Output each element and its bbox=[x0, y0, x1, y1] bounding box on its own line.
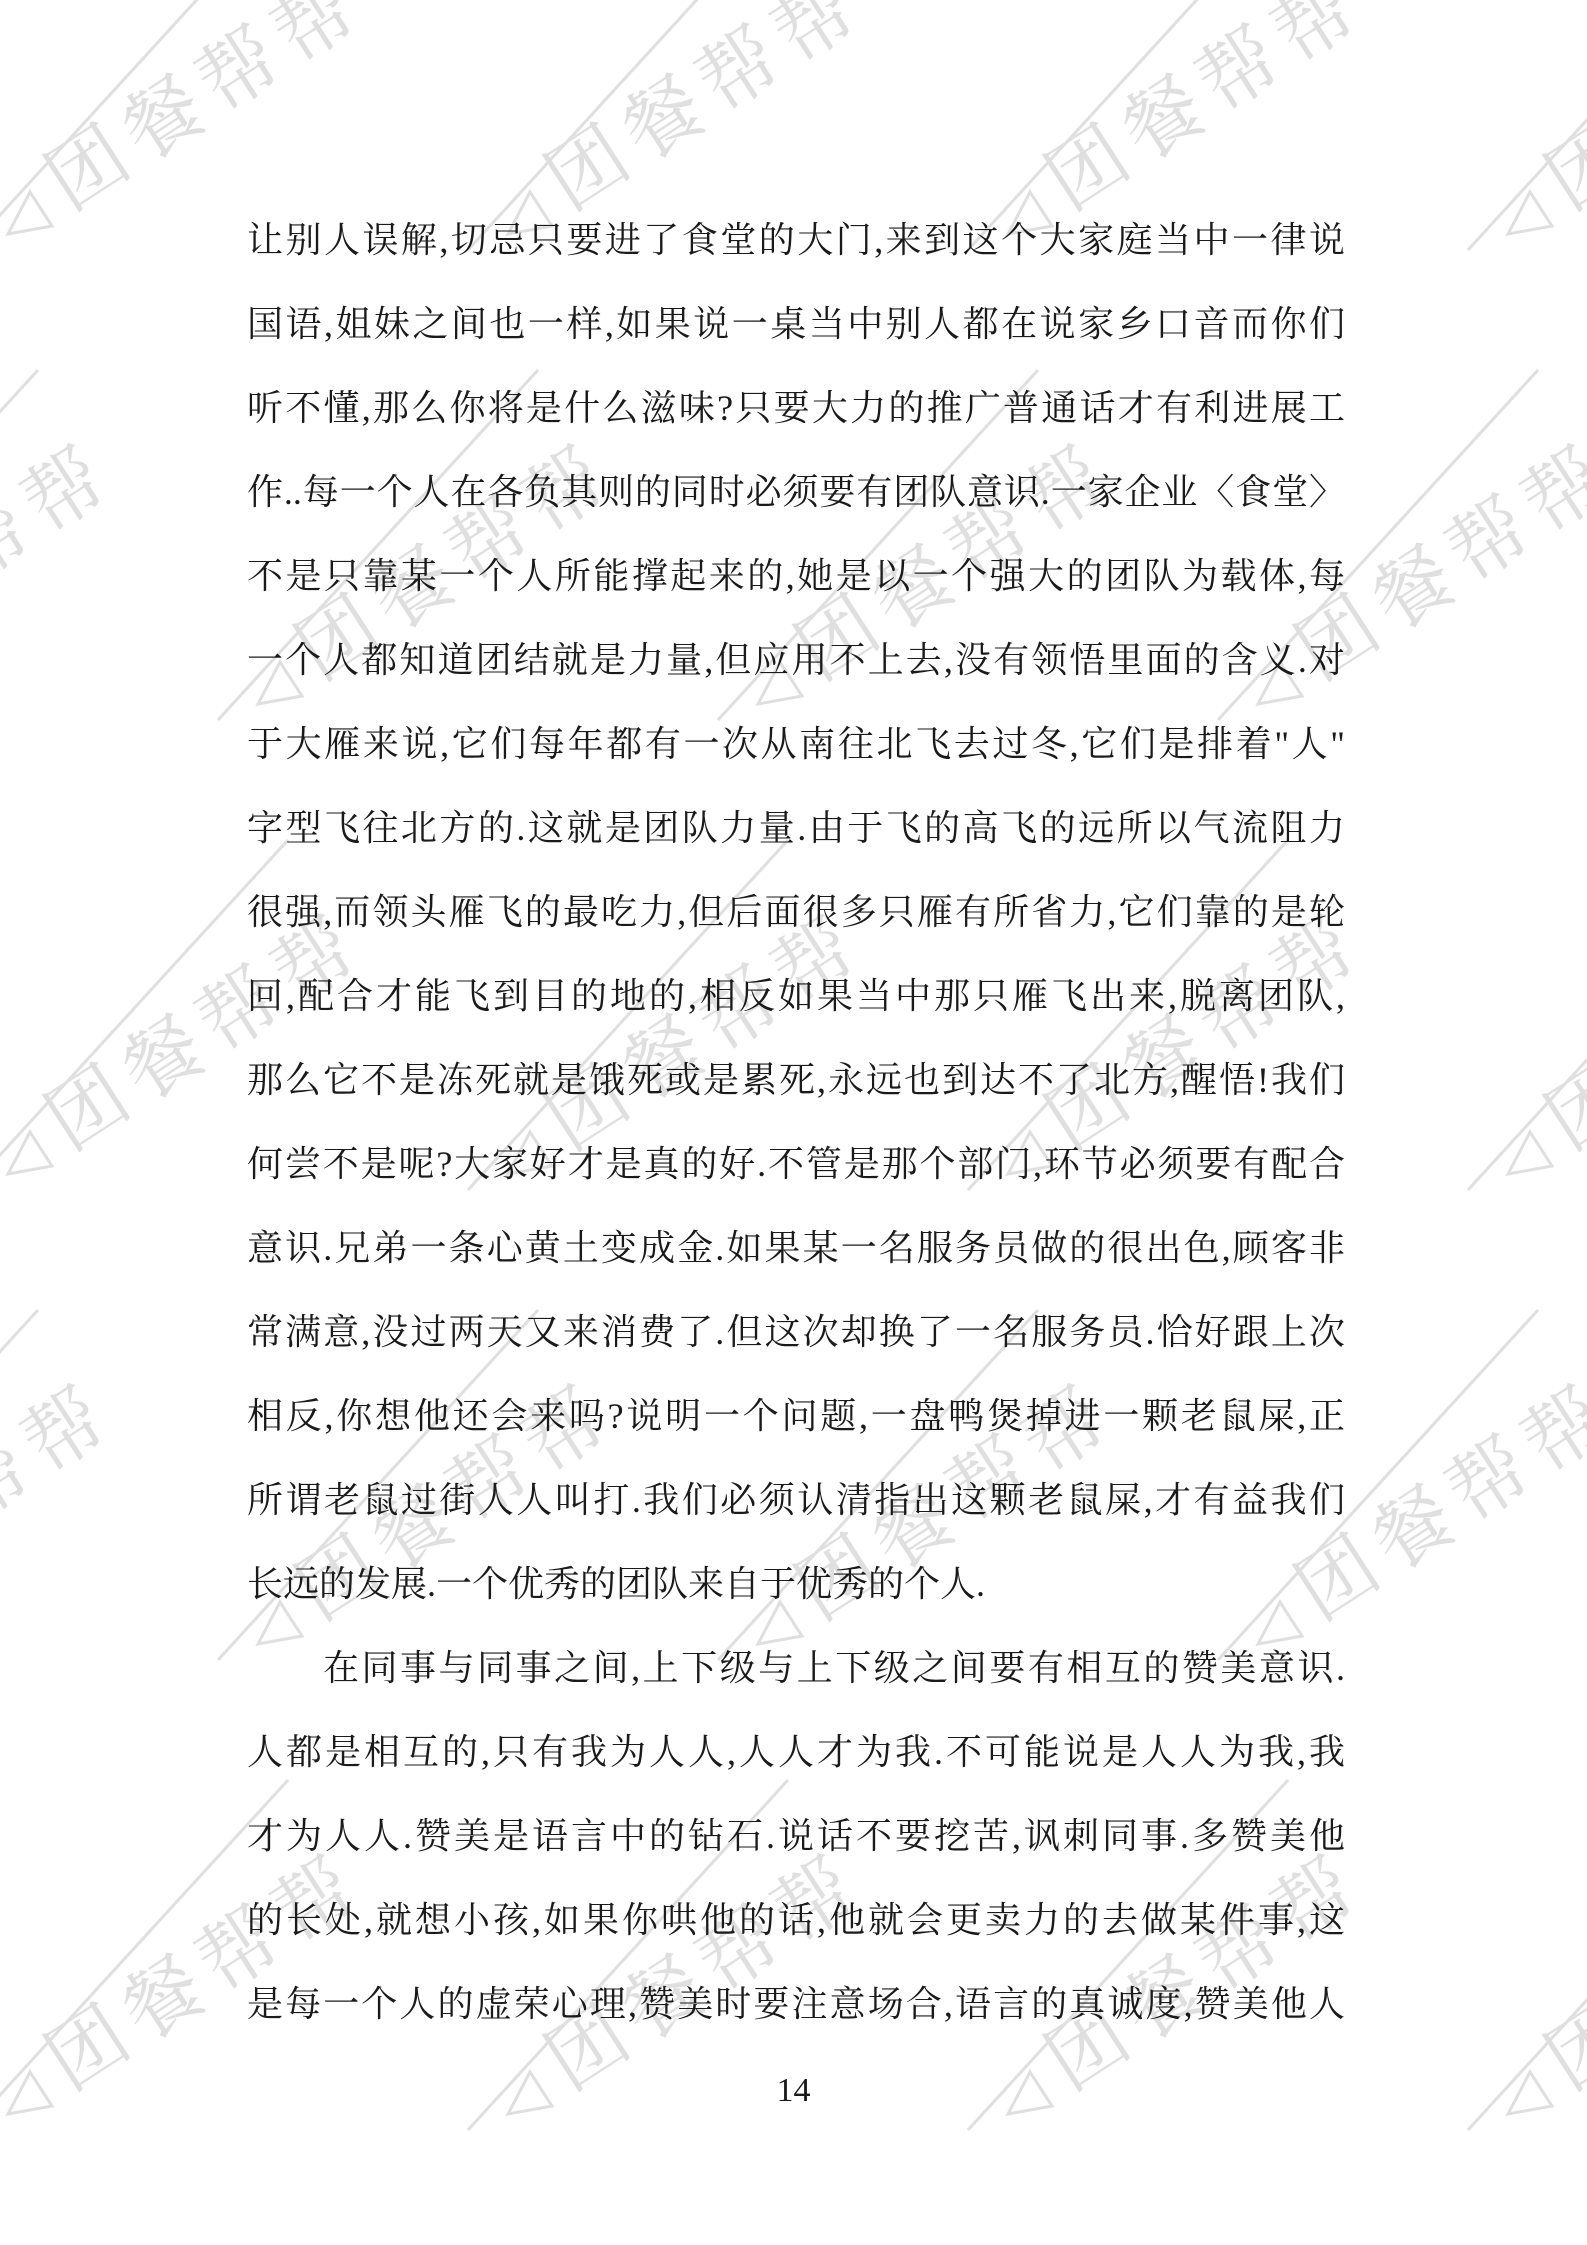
watermark-text: 团餐帮帮 bbox=[1532, 1838, 1587, 2106]
watermark-text: 团餐帮帮 bbox=[1032, 0, 1381, 226]
document-page: 团餐帮帮团餐帮帮团餐帮帮团餐帮帮团餐帮帮团餐帮帮团餐帮帮团餐帮帮团餐帮帮团餐帮帮… bbox=[0, 0, 1587, 2245]
watermark-logo-icon bbox=[1450, 722, 1587, 1202]
watermark-logo-icon bbox=[0, 252, 140, 732]
text-line: 让别人误解,切忌只要进了食堂的大门,来到这个大家庭当中一律说 bbox=[247, 198, 1345, 282]
text-line: 字型飞往北方的.这就是团队力量.由于飞的高飞的远所以气流阻力 bbox=[247, 786, 1345, 870]
watermark-mark: 团餐帮帮 bbox=[0, 1192, 140, 1672]
watermark-mark: 团餐帮帮 bbox=[1450, 0, 1587, 262]
watermark-logo-icon bbox=[1450, 1662, 1587, 2142]
watermark-text: 团餐帮帮 bbox=[1532, 0, 1587, 226]
text-line: 是每一个人的虚荣心理,赞美时要注意场合,语言的真诚度,赞美他人 bbox=[247, 1962, 1345, 2046]
watermark-mark: 团餐帮帮 bbox=[1450, 722, 1587, 1202]
text-line: 何尝不是呢?大家好才是真的好.不管是那个部门,环节必须要有配合 bbox=[247, 1122, 1345, 1206]
page-number: 14 bbox=[0, 2072, 1587, 2110]
text-line: 国语,姐妹之间也一样,如果说一桌当中别人都在说家乡口音而你们 bbox=[247, 282, 1345, 366]
text-line: 才为人人.赞美是语言中的钻石.说话不要挖苦,讽刺同事.多赞美他 bbox=[247, 1794, 1345, 1878]
text-line: 相反,你想他还会来吗?说明一个问题,一盘鸭煲掉进一颗老鼠屎,正 bbox=[247, 1374, 1345, 1458]
text-line: 回,配合才能飞到目的地的,相反如果当中那只雁飞出来,脱离团队, bbox=[247, 954, 1345, 1038]
watermark-text: 团餐帮帮 bbox=[32, 0, 381, 226]
watermark-text: 团餐帮帮 bbox=[0, 428, 130, 696]
watermark-text: 团餐帮帮 bbox=[532, 0, 881, 226]
watermark-logo-icon bbox=[1450, 0, 1587, 262]
page-body: 让别人误解,切忌只要进了食堂的大门,来到这个大家庭当中一律说 国语,姐妹之间也一… bbox=[247, 198, 1345, 2046]
text-line: 于大雁来说,它们每年都有一次从南往北飞去过冬,它们是排着"人" bbox=[247, 702, 1345, 786]
watermark-mark: 团餐帮帮 bbox=[0, 252, 140, 732]
text-line: 意识.兄弟一条心黄土变成金.如果某一名服务员做的很出色,顾客非 bbox=[247, 1206, 1345, 1290]
text-line: 所谓老鼠过街人人叫打.我们必须认清指出这颗老鼠屎,才有益我们 bbox=[247, 1458, 1345, 1542]
text-line: 作..每一个人在各负其则的同时必须要有团队意识.一家企业〈食堂〉 bbox=[247, 450, 1345, 534]
watermark-mark: 团餐帮帮 bbox=[1450, 1662, 1587, 2142]
text-line-paragraph-end: 长远的发展.一个优秀的团队来自于优秀的个人. bbox=[247, 1542, 1345, 1626]
text-line: 那么它不是冻死就是饿死或是累死,永远也到达不了北方,醒悟!我们 bbox=[247, 1038, 1345, 1122]
text-line: 不是只靠某一个人所能撑起来的,她是以一个强大的团队为载体,每 bbox=[247, 534, 1345, 618]
watermark-logo-icon bbox=[0, 1192, 140, 1672]
text-line: 人都是相互的,只有我为人人,人人才为我.不可能说是人人为我,我 bbox=[247, 1710, 1345, 1794]
text-line: 听不懂,那么你将是什么滋味?只要大力的推广普通话才有利进展工 bbox=[247, 366, 1345, 450]
text-line: 很强,而领头雁飞的最吃力,但后面很多只雁有所省力,它们靠的是轮 bbox=[247, 870, 1345, 954]
text-line: 常满意,没过两天又来消费了.但这次却换了一名服务员.恰好跟上次 bbox=[247, 1290, 1345, 1374]
watermark-text: 团餐帮帮 bbox=[1532, 898, 1587, 1166]
text-line: 一个人都知道团结就是力量,但应用不上去,没有领悟里面的含义.对 bbox=[247, 618, 1345, 702]
text-line: 的长处,就想小孩,如果你哄他的话,他就会更卖力的去做某件事,这 bbox=[247, 1878, 1345, 1962]
watermark-text: 团餐帮帮 bbox=[0, 1368, 130, 1636]
text-line-paragraph-start: 在同事与同事之间,上下级与上下级之间要有相互的赞美意识. bbox=[247, 1626, 1345, 1710]
